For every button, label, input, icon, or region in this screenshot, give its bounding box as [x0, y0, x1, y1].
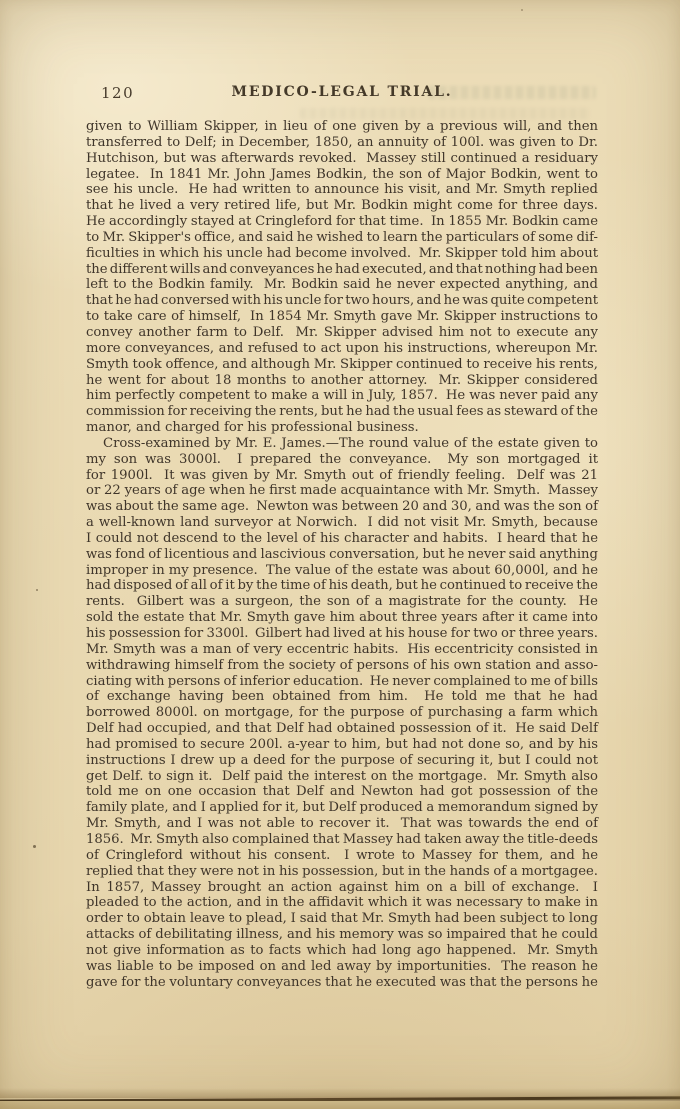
- text-line: sold the estate that Mr. Smyth gave him …: [86, 610, 598, 626]
- text-line: manor, and charged for his professional …: [86, 420, 598, 436]
- text-line: Mr. Smyth was a man of very eccentric ha…: [86, 642, 598, 658]
- text-line: that he had conversed with his uncle for…: [86, 293, 598, 309]
- text-line: see his uncle. He had written to announc…: [86, 182, 598, 198]
- text-line: 1856. Mr. Smyth also complained that Mas…: [86, 832, 598, 848]
- text-line: more conveyances, and refused to act upo…: [86, 341, 598, 357]
- ink-speck: [521, 9, 523, 11]
- text-line: had promised to secure 200l. a-year to h…: [86, 737, 598, 753]
- text-line: was liable to be imposed on and led away…: [86, 959, 598, 975]
- text-line: improper in my presence. The value of th…: [86, 563, 598, 579]
- text-line: I could not descend to the level of his …: [86, 531, 598, 547]
- text-line: to take care of himself, In 1854 Mr. Smy…: [86, 309, 598, 325]
- text-line: Smyth took offence, and although Mr. Ski…: [86, 357, 598, 373]
- page-header: 120 MEDICO-LEGAL TRIAL.: [86, 83, 598, 103]
- text-line: ficulties in which his uncle had become …: [86, 246, 598, 262]
- text-line: was about the same age. Newton was betwe…: [86, 499, 598, 515]
- bleed-through-mark: [300, 108, 590, 119]
- text-line: to Mr. Skipper's office, and said he wis…: [86, 230, 598, 246]
- ink-speck: [33, 845, 36, 848]
- text-line: that he lived a very retired life, but M…: [86, 198, 598, 214]
- running-title: MEDICO-LEGAL TRIAL.: [86, 84, 598, 100]
- ink-speck: [36, 589, 38, 591]
- text-line: Delf had occupied, and that Delf had obt…: [86, 721, 598, 737]
- page-edge-line: [0, 1096, 680, 1102]
- text-line: given to William Skipper, in lieu of one…: [86, 119, 598, 135]
- text-line: for 1900l. It was given by Mr. Smyth out…: [86, 468, 598, 484]
- text-line: order to obtain leave to plead, I said t…: [86, 911, 598, 927]
- text-line: commission for receiving the rents, but …: [86, 404, 598, 420]
- text-line: family plate, and I applied for it, but …: [86, 800, 598, 816]
- text-line: told me on one occasion that Delf and Ne…: [86, 784, 598, 800]
- text-line: rents. Gilbert was a surgeon, the son of…: [86, 594, 598, 610]
- text-line: the different wills and conveyances he h…: [86, 262, 598, 278]
- text-line: had disposed of all of it by the time of…: [86, 578, 598, 594]
- text-line: Hutchison, but was afterwards revoked. M…: [86, 151, 598, 167]
- text-line: a well-known land surveyor at Norwich. I…: [86, 515, 598, 531]
- text-line: legatee. In 1841 Mr. John James Bodkin, …: [86, 167, 598, 183]
- text-line: instructions I drew up a deed for the pu…: [86, 753, 598, 769]
- text-line: convey another farm to Delf. Mr. Skipper…: [86, 325, 598, 341]
- text-line: pleaded to the action, and in the affida…: [86, 895, 598, 911]
- text-line: or 22 years of age when he first made ac…: [86, 483, 598, 499]
- text-line: withdrawing himself from the society of …: [86, 658, 598, 674]
- text-line: replied that they were not in his posses…: [86, 864, 598, 880]
- text-line: him perfectly competent to make a will i…: [86, 388, 598, 404]
- text-line: attacks of debilitating illness, and his…: [86, 927, 598, 943]
- text-line: left to the Bodkin family. Mr. Bodkin sa…: [86, 277, 598, 293]
- text-line: borrowed 8000l. on mortgage, for the pur…: [86, 705, 598, 721]
- text-line: my son was 3000l. I prepared the conveya…: [86, 452, 598, 468]
- text-line: gave for the voluntary conveyances that …: [86, 975, 598, 991]
- body-text: given to William Skipper, in lieu of one…: [86, 119, 598, 990]
- text-line: In 1857, Massey brought an action agains…: [86, 880, 598, 896]
- text-line: Cross-examined by Mr. E. James.—The roun…: [86, 436, 598, 452]
- next-page-edge: [0, 1101, 680, 1109]
- text-line: He accordingly stayed at Cringleford for…: [86, 214, 598, 230]
- text-line: ciating with persons of inferior educati…: [86, 674, 598, 690]
- text-line: transferred to Delf; in December, 1850, …: [86, 135, 598, 151]
- text-line: not give information as to facts which h…: [86, 943, 598, 959]
- text-line: get Delf. to sign it. Delf paid the inte…: [86, 769, 598, 785]
- text-line: of exchange having been obtained from hi…: [86, 689, 598, 705]
- text-line: his possession for 3300l. Gilbert had li…: [86, 626, 598, 642]
- text-line: was fond of licentious and lascivious co…: [86, 547, 598, 563]
- text-line: of Cringleford without his consent. I wr…: [86, 848, 598, 864]
- text-line: he went for about 18 months to another a…: [86, 373, 598, 389]
- page-bottom-edge: [0, 1088, 680, 1109]
- page-edge-shadow: [0, 1088, 680, 1098]
- book-page: 120 MEDICO-LEGAL TRIAL. given to William…: [0, 0, 680, 1109]
- text-line: Mr. Smyth, and I was not able to recover…: [86, 816, 598, 832]
